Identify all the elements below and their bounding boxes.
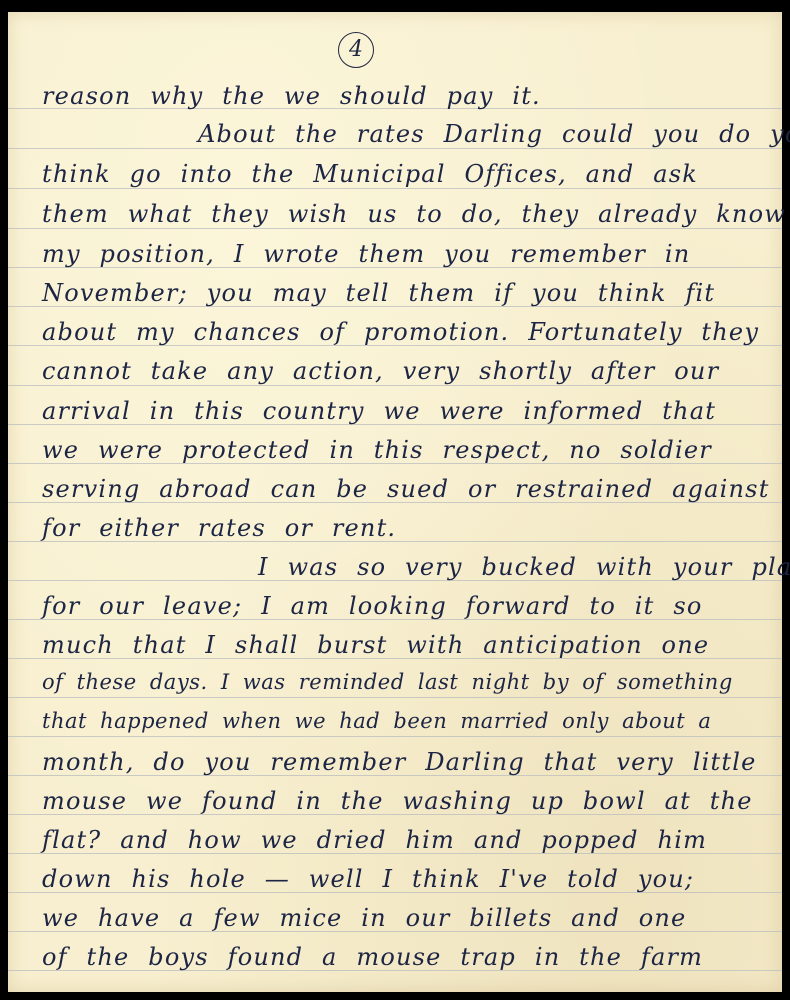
letter-line: I was so very bucked with your plans xyxy=(258,553,790,581)
letter-line: mouse we found in the washing up bowl at… xyxy=(42,787,753,815)
ruled-line xyxy=(8,188,782,189)
letter-page: 4 reason why the we should pay it. About… xyxy=(8,12,782,992)
letter-line: think go into the Municipal Offices, and… xyxy=(42,160,698,188)
letter-line: that happened when we had been married o… xyxy=(42,709,711,733)
letter-line: we were protected in this respect, no so… xyxy=(42,436,712,464)
ruled-line xyxy=(8,228,782,229)
letter-line: we have a few mice in our billets and on… xyxy=(42,904,686,932)
letter-line: flat? and how we dried him and popped hi… xyxy=(42,826,707,854)
letter-line: About the rates Darling could you do you xyxy=(198,120,790,148)
ruled-line xyxy=(8,697,782,698)
letter-line: much that I shall burst with anticipatio… xyxy=(42,631,709,659)
page-number: 4 xyxy=(338,32,374,68)
letter-line: month, do you remember Darling that very… xyxy=(42,748,756,776)
letter-line: serving abroad can be sued or restrained… xyxy=(42,475,770,503)
letter-line: down his hole — well I think I've told y… xyxy=(42,865,694,893)
letter-line: cannot take any action, very shortly aft… xyxy=(42,357,719,385)
ruled-line xyxy=(8,736,782,737)
letter-line: for either rates or rent. xyxy=(42,514,396,542)
letter-line: November; you may tell them if you think… xyxy=(42,279,715,307)
letter-line: reason why the we should pay it. xyxy=(42,82,541,110)
letter-line: for our leave; I am looking forward to i… xyxy=(42,592,703,620)
letter-line: about my chances of promotion. Fortunate… xyxy=(42,318,759,346)
letter-line: my position, I wrote them you remember i… xyxy=(42,240,690,268)
letter-line: arrival in this country we were informed… xyxy=(42,397,716,425)
letter-line: them what they wish us to do, they alrea… xyxy=(42,200,786,228)
letter-line: of these days. I was reminded last night… xyxy=(42,670,733,694)
ruled-line xyxy=(8,385,782,386)
letter-line: of the boys found a mouse trap in the fa… xyxy=(42,943,703,971)
ruled-line xyxy=(8,148,782,149)
